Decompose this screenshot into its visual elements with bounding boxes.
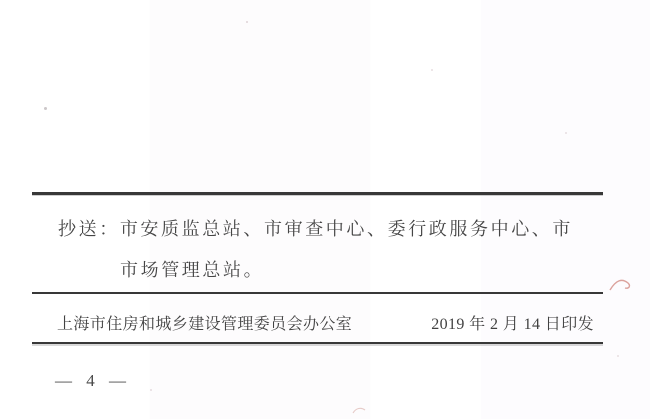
page-number: — 4 — (55, 371, 131, 391)
red-scan-mark-small (352, 406, 366, 416)
scan-speck (565, 132, 567, 134)
issue-row: 上海市住房和城乡建设管理委员会办公室 2019 年 2 月 14 日印发 (57, 311, 594, 334)
red-scan-mark (608, 276, 634, 294)
cc-recipients-line2: 市场管理总站。 (120, 256, 264, 282)
scan-speck (44, 107, 47, 110)
scan-speck (617, 355, 619, 357)
scan-speck (150, 389, 152, 391)
cc-recipients-line1: 市安质监总站、市审查中心、委行政服务中心、市 (120, 219, 573, 239)
cc-label: 抄送： (58, 219, 120, 239)
scan-speck (431, 69, 433, 71)
cc-row: 抄送：市安质监总站、市审查中心、委行政服务中心、市 (58, 215, 573, 241)
separator-rule-top (32, 192, 603, 195)
issue-date: 2019 年 2 月 14 日印发 (431, 311, 594, 334)
separator-rule-bottom (32, 342, 603, 344)
scanned-document-page: 抄送：市安质监总站、市审查中心、委行政服务中心、市 市场管理总站。 上海市住房和… (0, 0, 650, 419)
scan-speck (246, 21, 248, 23)
issuing-office: 上海市住房和城乡建设管理委员会办公室 (57, 311, 352, 334)
separator-rule-middle (32, 292, 603, 294)
